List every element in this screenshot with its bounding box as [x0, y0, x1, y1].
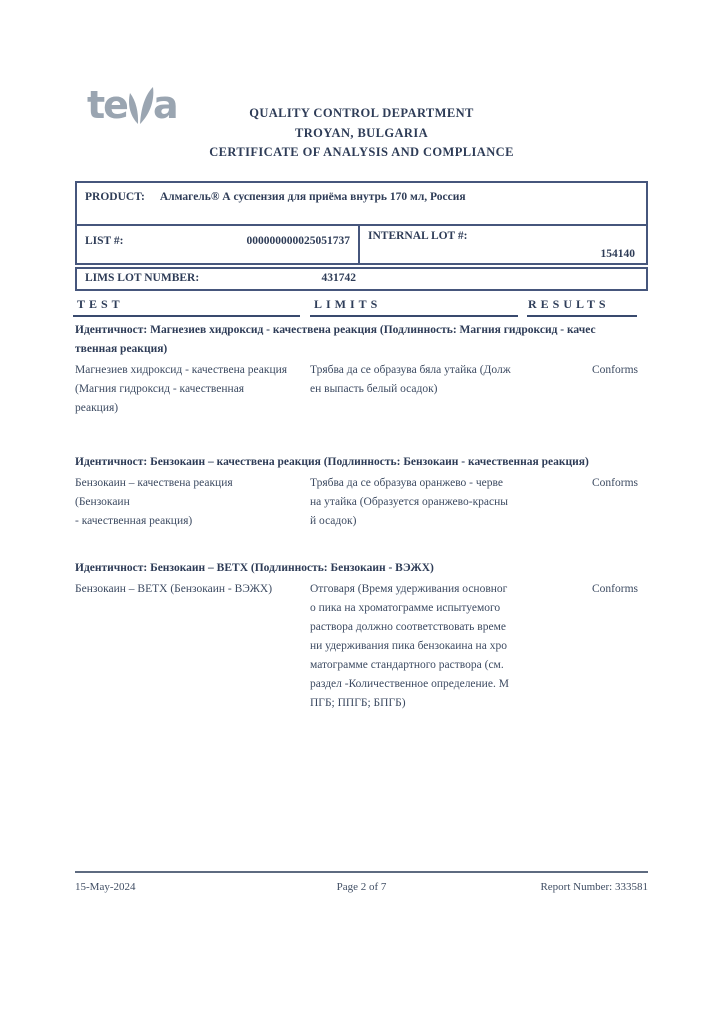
list-number-label: LIST #: [85, 235, 123, 263]
test-section-benzocaine-hplc: Идентичност: Бензокаин – ВЕТХ (Подлиннос… [75, 559, 648, 713]
internal-lot-value: 154140 [601, 248, 636, 260]
lot-row: LIST #: 000000000025051737 INTERNAL LOT … [77, 226, 646, 263]
header-location: TROYAN, BULGARIA [75, 124, 648, 144]
limits-cell: Трябва да се образува оранжево - черве н… [310, 474, 518, 531]
lims-lot-label: LIMS LOT NUMBER: [85, 272, 199, 284]
result-cell: Conforms [518, 474, 648, 531]
product-row: PRODUCT: Алмагель® А суспензия для приём… [77, 183, 646, 226]
footer-date: 15-May-2024 [75, 881, 266, 893]
list-number-cell: LIST #: 000000000025051737 [77, 226, 360, 263]
internal-lot-cell: INTERNAL LOT #: 154140 [360, 226, 646, 263]
section-title: Идентичност: Бензокаин – ВЕТХ (Подлиннос… [75, 559, 648, 578]
test-cell: Бензокаин – ВЕТХ (Бензокаин - ВЭЖХ) [75, 580, 310, 713]
section-title: Идентичност: Магнезиев хидроксид - качес… [75, 321, 648, 359]
internal-lot-label: INTERNAL LOT #: [368, 230, 635, 242]
table-row: Бензокаин – качествена реакция (Бензокаи… [75, 474, 648, 531]
list-number-value: 000000000025051737 [247, 235, 351, 263]
result-cell: Conforms [518, 361, 648, 418]
lims-lot-value: 431742 [322, 272, 357, 284]
lims-lot-row: LIMS LOT NUMBER: 431742 [75, 267, 648, 291]
footer: 15-May-2024 Page 2 of 7 Report Number: 3… [75, 881, 648, 893]
result-cell: Conforms [518, 580, 648, 713]
table-row: Магнезиев хидроксид - качествена реакция… [75, 361, 648, 418]
document-header: QUALITY CONTROL DEPARTMENT TROYAN, BULGA… [75, 104, 648, 163]
results-column-headers: TEST LIMITS RESULTS [73, 297, 637, 317]
footer-divider [75, 871, 648, 873]
footer-page-number: Page 2 of 7 [266, 881, 457, 893]
footer-report-number: Report Number: 333581 [457, 881, 648, 893]
column-header-results: RESULTS [527, 297, 637, 317]
limits-cell: Отговаря (Время удерживания основног о п… [310, 580, 518, 713]
test-cell: Магнезиев хидроксид - качествена реакция… [75, 361, 310, 418]
limits-cell: Трябва да се образува бяла утайка (Долж … [310, 361, 518, 418]
column-header-test: TEST [73, 297, 300, 317]
section-title: Идентичност: Бензокаин – качествена реак… [75, 453, 648, 472]
certificate-page: te a QUALITY CONTROL DEPARTMENT TROYAN, … [0, 0, 724, 1024]
header-title: CERTIFICATE OF ANALYSIS AND COMPLIANCE [75, 143, 648, 163]
table-row: Бензокаин – ВЕТХ (Бензокаин - ВЭЖХ) Отго… [75, 580, 648, 713]
header-department: QUALITY CONTROL DEPARTMENT [75, 104, 648, 124]
column-header-limits: LIMITS [310, 297, 518, 317]
product-value: Алмагель® А суспензия для приёма внутрь … [160, 191, 466, 203]
product-info-table: PRODUCT: Алмагель® А суспензия для приём… [75, 181, 648, 265]
test-sections: Идентичност: Магнезиев хидроксид - качес… [75, 321, 648, 713]
test-section-magnesium-identity: Идентичност: Магнезиев хидроксид - качес… [75, 321, 648, 418]
test-section-benzocaine-identity: Идентичност: Бензокаин – качествена реак… [75, 453, 648, 531]
product-label: PRODUCT: [85, 191, 157, 203]
test-cell: Бензокаин – качествена реакция (Бензокаи… [75, 474, 310, 531]
